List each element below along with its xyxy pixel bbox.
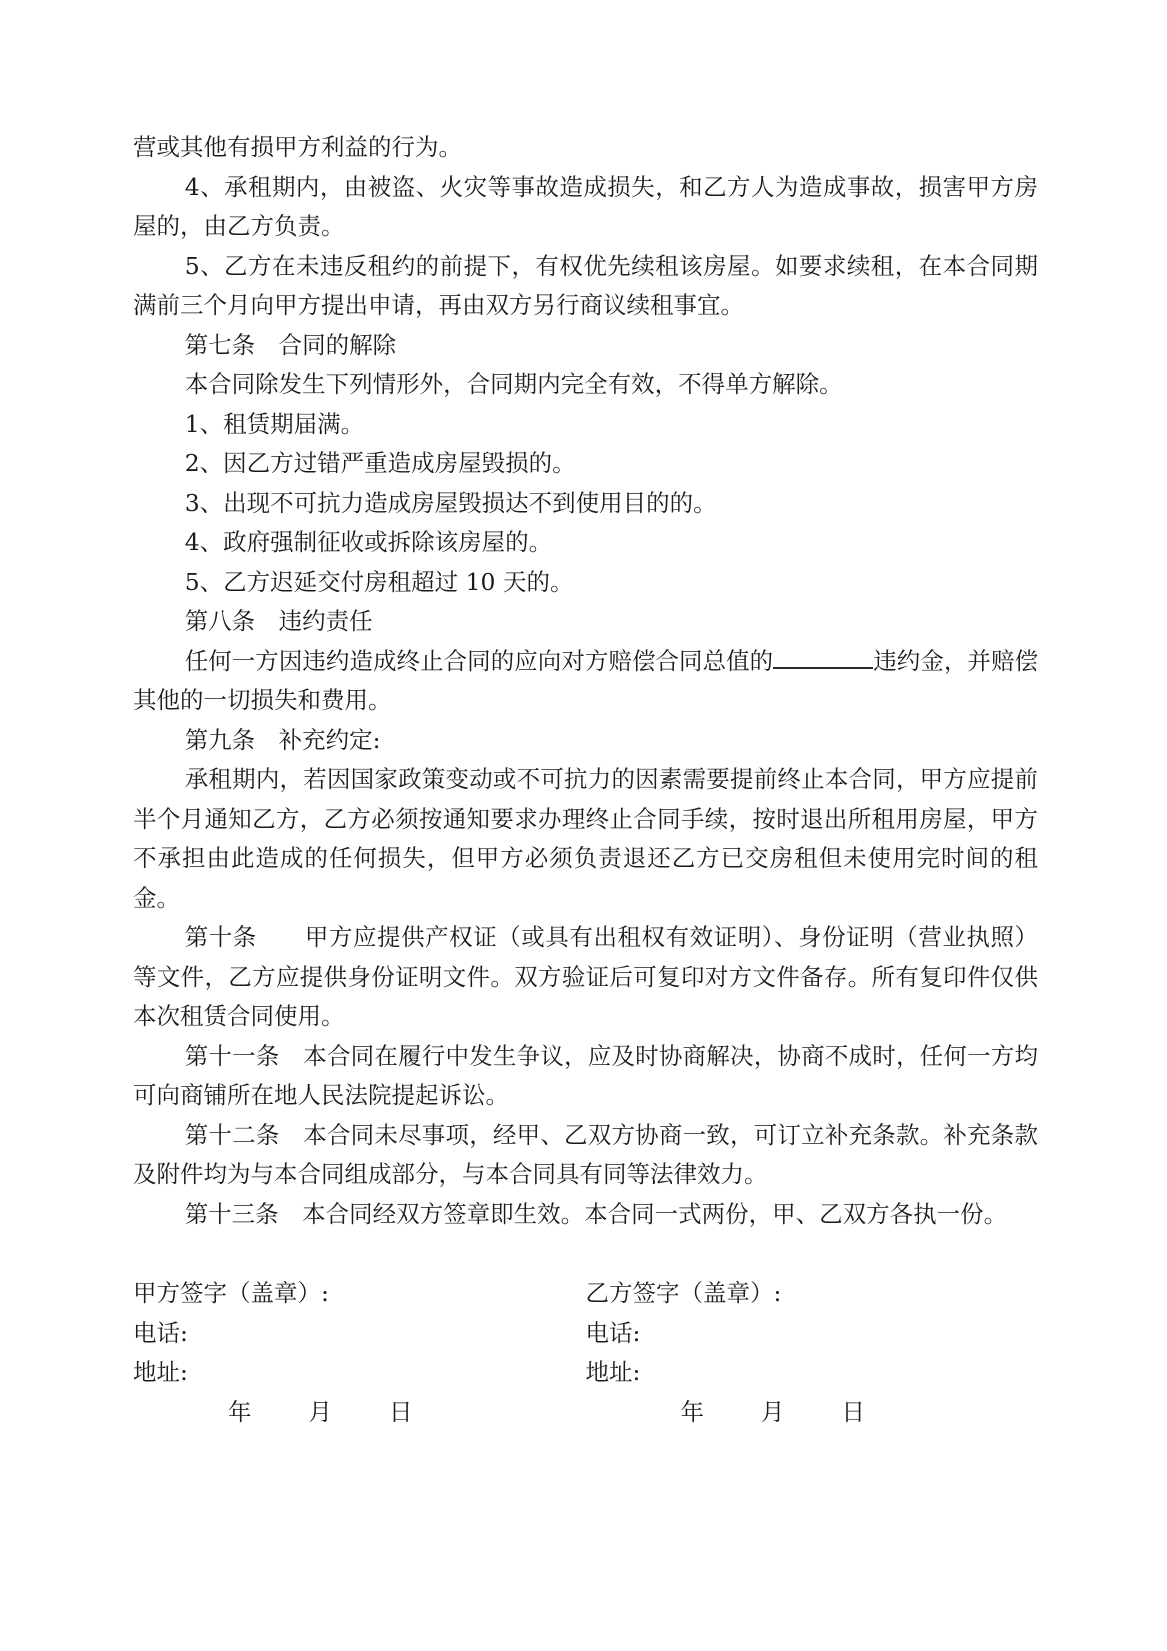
clause-11-body: 第十一条 本合同在履行中发生争议，应及时协商解决，协商不成时，任何一方均可向商铺…	[133, 1037, 1038, 1116]
party-a-address-label: 地址:	[133, 1353, 586, 1393]
party-b-date-line: 年 月 日	[586, 1393, 1039, 1433]
party-a-year-label: 年	[228, 1393, 252, 1433]
clause-8-body: 任何一方因违约造成终止合同的应向对方赔偿合同总值的违约金，并赔偿其他的一切损失和…	[133, 642, 1038, 721]
paragraph-continuation: 营或其他有损甲方利益的行为。	[133, 128, 1038, 168]
clause-7-intro: 本合同除发生下列情形外，合同期内完全有效，不得单方解除。	[133, 365, 1038, 405]
party-a-date-line: 年 月 日	[133, 1393, 586, 1433]
clause-12-body: 第十二条 本合同未尽事项，经甲、乙双方协商一致，可订立补充条款。补充条款及附件均…	[133, 1116, 1038, 1195]
party-a-day-label: 日	[389, 1393, 413, 1433]
party-a-signature-column: 甲方签字（盖章）: 电话: 地址: 年 月 日	[133, 1274, 586, 1432]
blank-clause-before: 任何一方因违约造成终止合同的应向对方赔偿合同总值的	[185, 647, 774, 675]
clause-7-item-5: 5、乙方迟延交付房租超过 10 天的。	[133, 563, 1038, 603]
fill-in-blank-line	[773, 667, 873, 669]
party-b-day-label: 日	[842, 1393, 866, 1433]
clause-7-heading: 第七条 合同的解除	[133, 326, 1038, 366]
clause-13-body: 第十三条 本合同经双方签章即生效。本合同一式两份，甲、乙双方各执一份。	[133, 1195, 1038, 1235]
party-b-year-label: 年	[681, 1393, 705, 1433]
party-a-month-label: 月	[309, 1393, 333, 1433]
contract-page: 营或其他有损甲方利益的行为。 4、承租期内，由被盗、火灾等事故造成损失，和乙方人…	[0, 0, 1167, 1651]
clause-6-item-5: 5、乙方在未违反租约的前提下，有权优先续租该房屋。如要求续租，在本合同期满前三个…	[133, 247, 1038, 326]
clause-10-body: 第十条 甲方应提供产权证（或具有出租权有效证明）、身份证明（营业执照）等文件，乙…	[133, 918, 1038, 1037]
party-b-phone-label: 电话:	[586, 1314, 1039, 1354]
clause-7-item-2: 2、因乙方过错严重造成房屋毁损的。	[133, 444, 1038, 484]
party-a-sign-label: 甲方签字（盖章）:	[133, 1274, 586, 1314]
clause-7-item-3: 3、出现不可抗力造成房屋毁损达不到使用目的的。	[133, 484, 1038, 524]
clause-7-item-4: 4、政府强制征收或拆除该房屋的。	[133, 523, 1038, 563]
party-b-signature-column: 乙方签字（盖章）: 电话: 地址: 年 月 日	[586, 1274, 1039, 1432]
party-b-month-label: 月	[761, 1393, 785, 1433]
clause-7-item-1: 1、租赁期届满。	[133, 405, 1038, 445]
clause-6-item-4: 4、承租期内，由被盗、火灾等事故造成损失，和乙方人为造成事故，损害甲方房屋的，由…	[133, 168, 1038, 247]
clause-9-heading: 第九条 补充约定:	[133, 721, 1038, 761]
party-a-phone-label: 电话:	[133, 1314, 586, 1354]
signature-block: 甲方签字（盖章）: 电话: 地址: 年 月 日 乙方签字（盖章）: 电话: 地址…	[133, 1274, 1038, 1432]
clause-8-heading: 第八条 违约责任	[133, 602, 1038, 642]
party-b-sign-label: 乙方签字（盖章）:	[586, 1274, 1039, 1314]
party-b-address-label: 地址:	[586, 1353, 1039, 1393]
clause-9-body: 承租期内，若因国家政策变动或不可抗力的因素需要提前终止本合同，甲方应提前半个月通…	[133, 760, 1038, 918]
